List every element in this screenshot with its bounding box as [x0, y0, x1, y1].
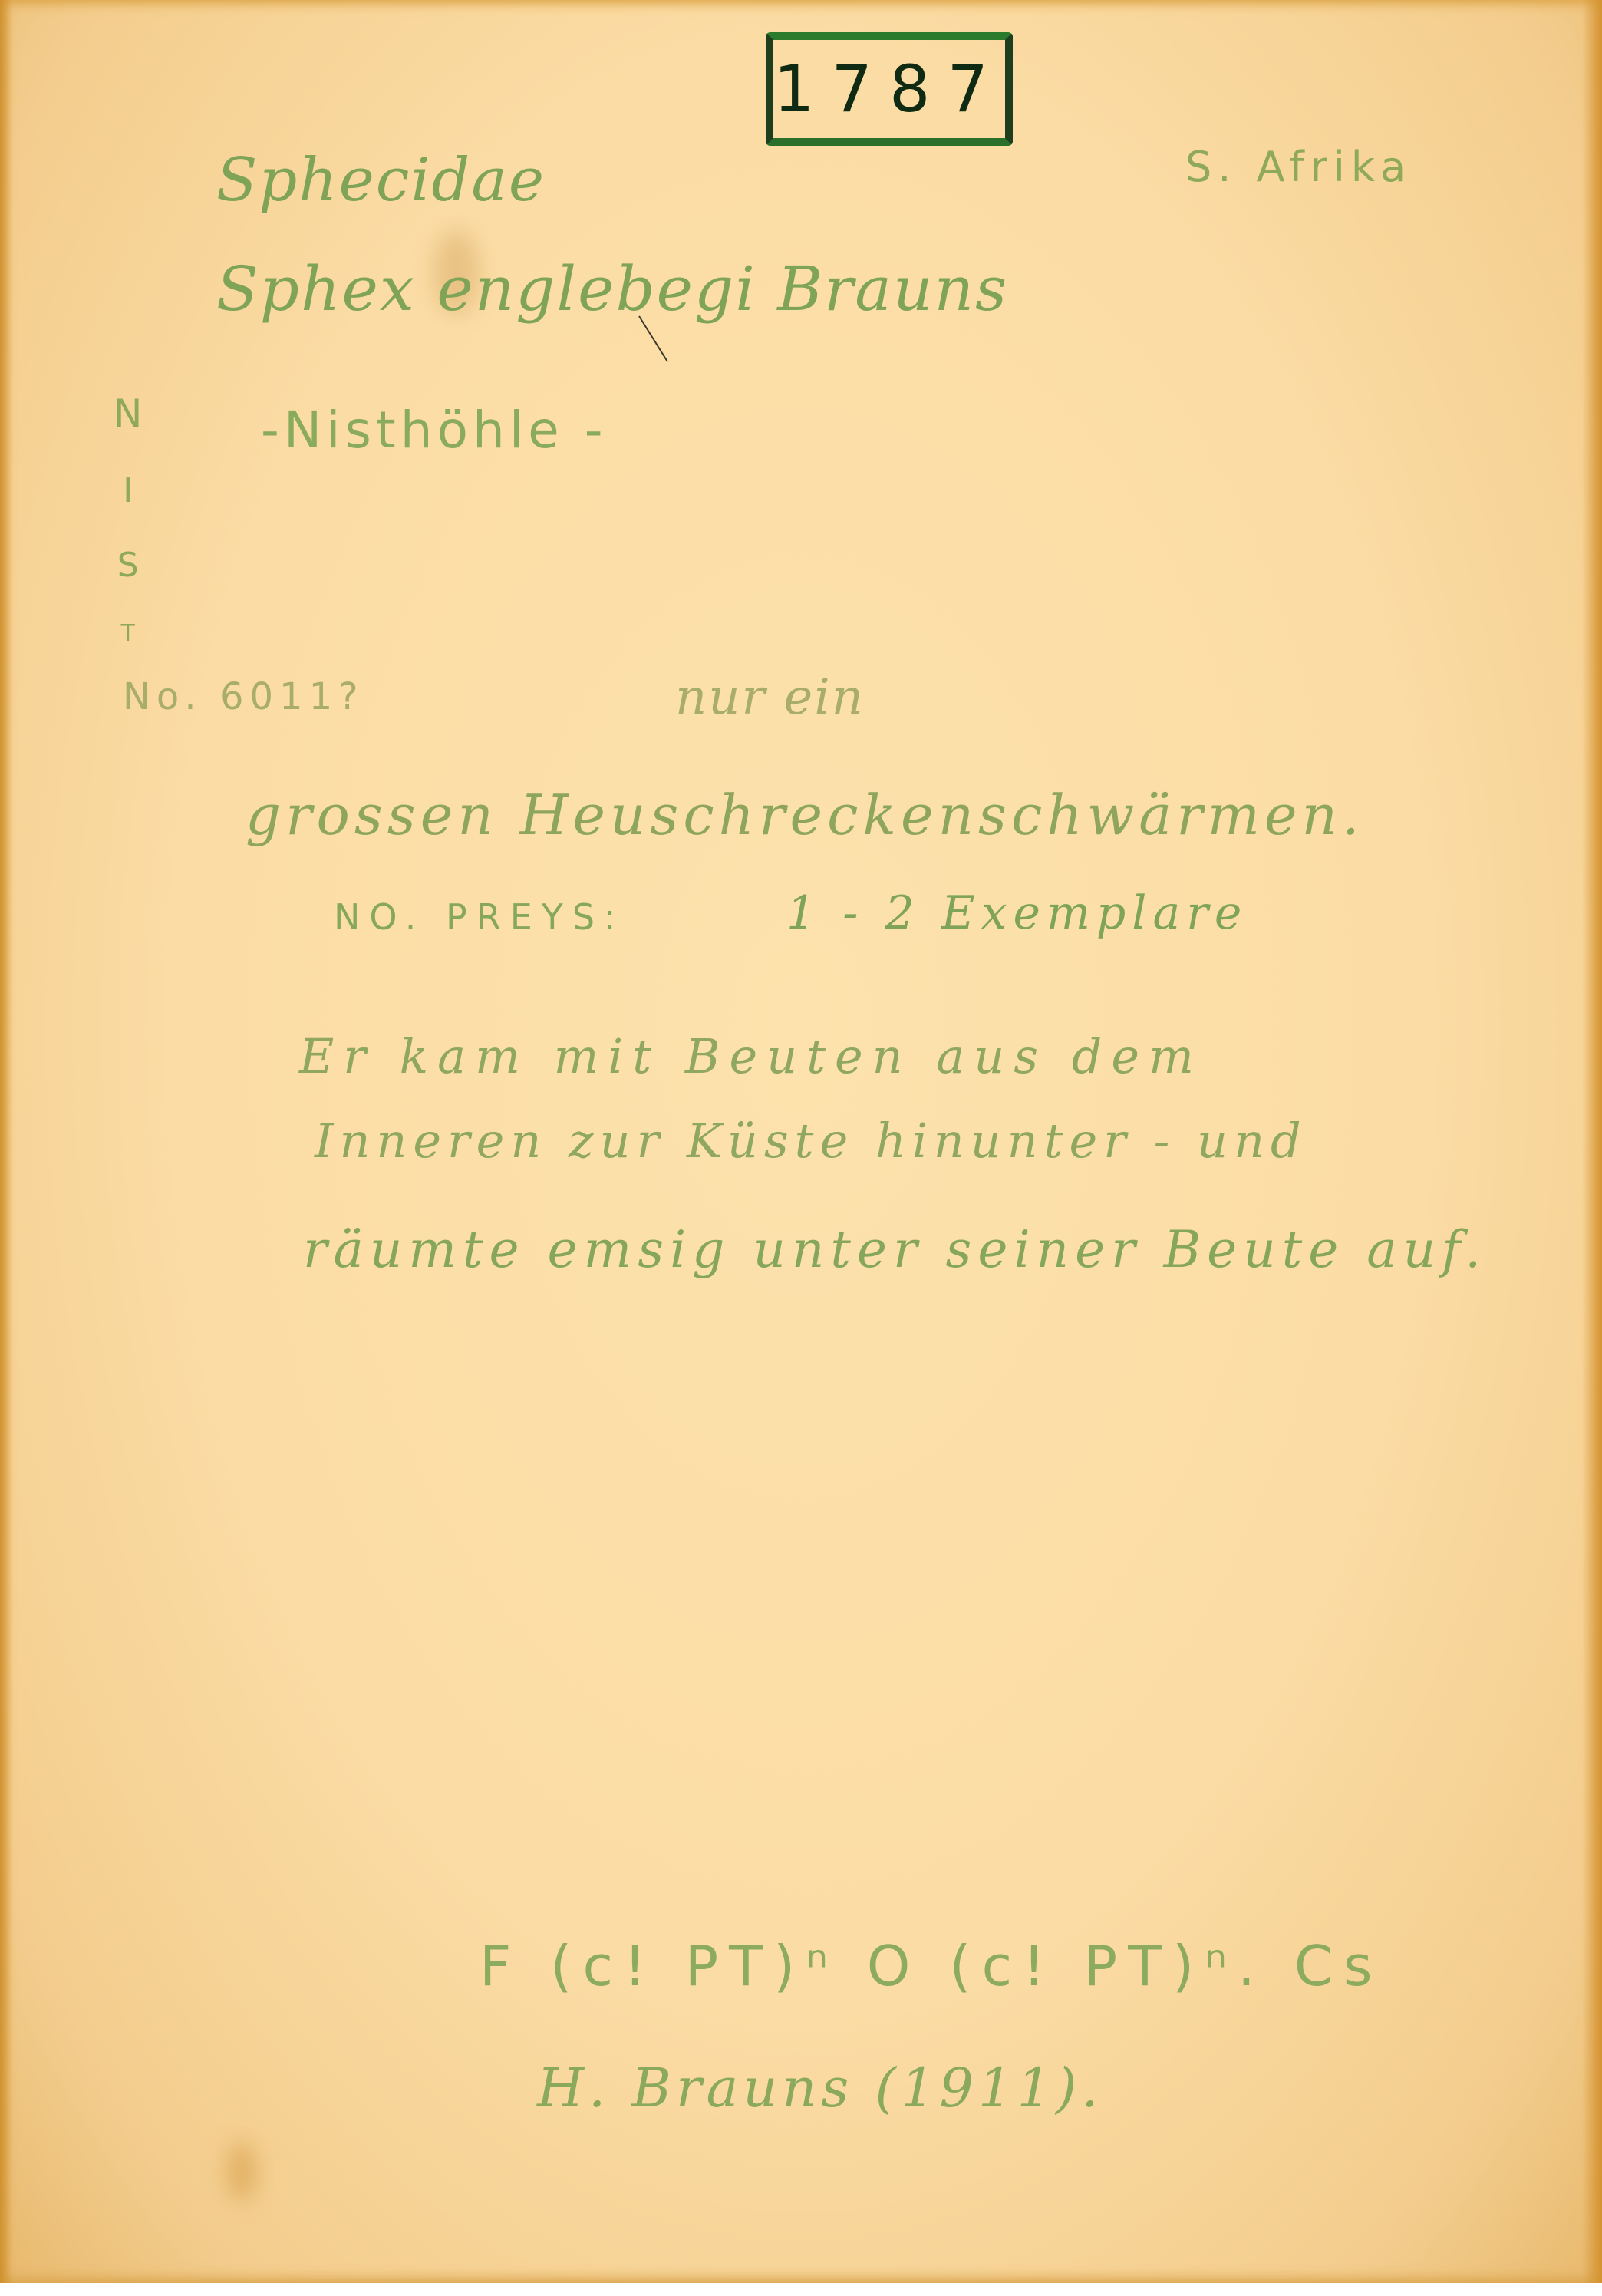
vertical-label-nist: N I S T	[114, 391, 142, 647]
citation: H. Brauns (1911).	[537, 2057, 1103, 2120]
observation-line-2: Inneren zur Küste hinunter - und	[315, 1113, 1307, 1169]
prey-label: NO. PREYS:	[334, 896, 625, 938]
record-number: No. 6011?	[123, 675, 364, 718]
aged-edge-left	[0, 0, 12, 2283]
catalog-number-box: 1787	[766, 32, 1013, 146]
species-name: Sphex englebegi Brauns	[216, 253, 1008, 325]
specimen-card: 1787 Sphecidae S. Afrika Sphex englebegi…	[0, 0, 1602, 2283]
region-label: S. Afrika	[1185, 143, 1412, 191]
observation-line-3: räumte emsig unter seiner Beute auf.	[303, 1220, 1487, 1279]
family-name: Sphecidae	[216, 146, 546, 215]
prey-value: 1 - 2 Exemplare	[786, 886, 1248, 940]
note-nur-ein: nur ein	[675, 669, 865, 726]
heading-nisthoehle: -Nisthöhle -	[261, 401, 608, 460]
observation-line-1: Er kam mit Beuten aus dem	[299, 1028, 1203, 1084]
habitat-line: grossen Heuschreckenschwärmen.	[246, 783, 1364, 847]
stain	[226, 2141, 257, 2202]
catalog-number: 1787	[773, 51, 1005, 127]
nest-formula: F (c! PT)ⁿ O (c! PT)ⁿ. Cs	[480, 1934, 1383, 1998]
aged-edge-right	[1582, 0, 1602, 2283]
